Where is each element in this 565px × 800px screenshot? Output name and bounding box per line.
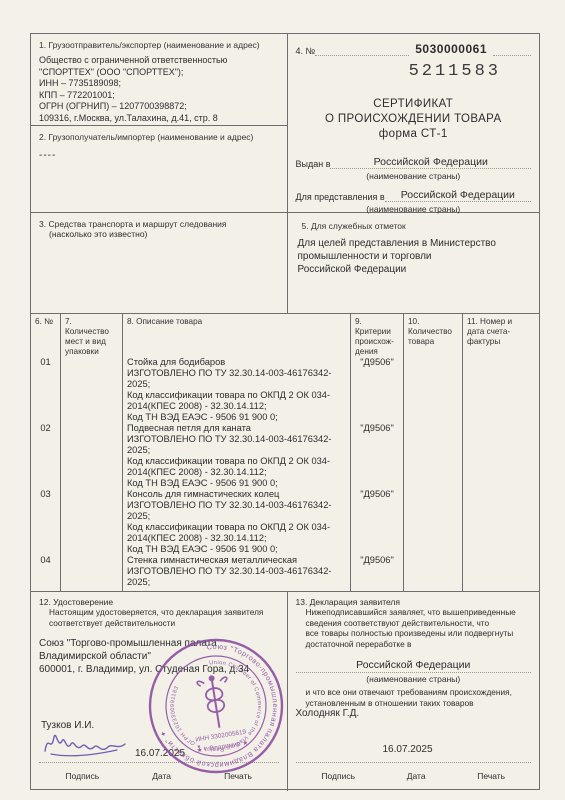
- table-row-quantity: [404, 486, 463, 552]
- declaration-country: Российской Федерации: [296, 659, 532, 673]
- official-marks-label: 5. Для служебных отметок: [302, 221, 530, 231]
- issued-label: Выдан в: [296, 159, 331, 169]
- declaration-date: 16.07.2025: [383, 744, 433, 755]
- table-row-number: 01: [31, 354, 61, 420]
- transport-hint: (насколько это известно): [49, 229, 279, 239]
- presented-in-row: Для представления в Российской Федерации: [296, 189, 532, 202]
- section-exporter: 1. Грузоотправитель/экспортер (наименова…: [31, 34, 287, 126]
- declarant-name: Холодняк Г.Д.: [296, 708, 360, 719]
- certificate-number-row: 4. № 5030000061: [296, 42, 532, 56]
- declaration-label: 13. Декларация заявителя: [296, 597, 532, 607]
- table-row-number: 04: [31, 552, 61, 591]
- transport-label: 3. Средства транспорта и маршрут следова…: [39, 219, 279, 229]
- col-header-quantity: 10. Количество товара: [404, 314, 463, 354]
- table-row-criteria: "Д9506": [351, 354, 404, 420]
- table-row-description: Подвесная петля для каната ИЗГОТОВЛЕНО П…: [123, 420, 351, 486]
- table-row-invoice: [463, 420, 539, 486]
- certificate-serial: 5211583: [296, 62, 532, 81]
- table-row-description: Консоль для гимнастических колец ИЗГОТОВ…: [123, 486, 351, 552]
- table-row-packaging: [61, 420, 123, 486]
- col-header-invoice: 11. Номер и дата счета- фактуры: [463, 314, 539, 354]
- table-row-packaging: [61, 486, 123, 552]
- issued-country: Российской Федерации: [330, 156, 531, 169]
- table-row-invoice: [463, 354, 539, 420]
- table-row-description: Стойка для бодибаров ИЗГОТОВЛЕНО ПО ТУ 3…: [123, 354, 351, 420]
- stamp-caption: Печать: [224, 771, 252, 781]
- top-left-column: 1. Грузоотправитель/экспортер (наименова…: [31, 34, 288, 313]
- col-header-packages: 7. Количество мест и вид упаковки: [61, 314, 123, 354]
- table-row-number: 02: [31, 420, 61, 486]
- number-label: 4. №: [296, 46, 316, 56]
- date-caption: Дата: [152, 771, 171, 781]
- certification-text: Настоящим удостоверяется, что декларация…: [49, 607, 279, 628]
- top-right-column: 4. № 5030000061 5211583 СЕРТИФИКАТ О ПРО…: [288, 34, 540, 313]
- handwritten-signature: [39, 727, 131, 757]
- table-row-criteria: "Д9506": [351, 552, 404, 591]
- col-header-description: 8. Описание товара: [123, 314, 351, 354]
- goods-table: 6. № 7. Количество мест и вид упаковки 8…: [31, 313, 539, 591]
- section-certificate-number: 4. № 5030000061 5211583 СЕРТИФИКАТ О ПРО…: [288, 34, 540, 213]
- table-row-packaging: [61, 552, 123, 591]
- date-caption: Дата: [407, 771, 426, 781]
- section-consignee: 2. Грузополучатель/импортер (наименовани…: [31, 126, 287, 213]
- signature-caption: Подпись: [321, 771, 355, 781]
- top-block: 1. Грузоотправитель/экспортер (наименова…: [31, 34, 539, 313]
- signature-caption: Подпись: [66, 771, 100, 781]
- section-official-marks: 5. Для служебных отметок Для целей предс…: [288, 213, 540, 313]
- presented-country: Российской Федерации: [385, 189, 531, 202]
- section-declaration: 13. Декларация заявителя Нижеподписавший…: [288, 592, 540, 791]
- table-row-quantity: [404, 552, 463, 591]
- issued-in-row: Выдан в Российской Федерации: [296, 156, 532, 169]
- section-transport: 3. Средства транспорта и маршрут следова…: [31, 213, 287, 313]
- bottom-block: 12. Удостоверение Настоящим удостоверяет…: [31, 591, 539, 791]
- issued-hint: (наименование страны): [296, 171, 532, 181]
- signature-rule: [296, 762, 532, 763]
- consignee-label: 2. Грузополучатель/импортер (наименовани…: [39, 132, 279, 142]
- consignee-value: ----: [39, 150, 279, 161]
- certificate-frame: 1. Грузоотправитель/экспортер (наименова…: [30, 33, 540, 790]
- col-header-number: 6. №: [31, 314, 61, 354]
- signature-rule: [39, 762, 279, 763]
- exporter-value: Общество с ограниченной ответственностью…: [39, 55, 279, 124]
- signature-labels: Подпись Дата Печать: [39, 771, 279, 781]
- chamber-name-address: Союз "Торгово-промышленная палата Владим…: [39, 637, 279, 676]
- declaration-text: Нижеподписавшийся заявляет, что вышеприв…: [306, 607, 532, 649]
- col-header-criteria: 9. Критерии происхож- дения: [351, 314, 404, 354]
- declaration-text-2: и что все они отвечают требованиям проис…: [306, 687, 532, 708]
- dotted-leader: [315, 46, 409, 56]
- declaration-country-hint: (наименование страны): [296, 674, 532, 684]
- presented-label: Для представления в: [296, 192, 385, 202]
- exporter-label: 1. Грузоотправитель/экспортер (наименова…: [39, 40, 279, 50]
- table-row-invoice: [463, 552, 539, 591]
- table-row-description: Стенка гимнастическая металлическая ИЗГО…: [123, 552, 351, 591]
- table-row-number: 03: [31, 486, 61, 552]
- signature-labels: Подпись Дата Печать: [296, 771, 532, 781]
- official-marks-text: Для целей представления в Министерство п…: [298, 237, 530, 276]
- stamp-caption: Печать: [477, 771, 505, 781]
- dotted-leader: [493, 46, 531, 56]
- table-row-quantity: [404, 354, 463, 420]
- certification-label: 12. Удостоверение: [39, 597, 279, 607]
- table-row-invoice: [463, 486, 539, 552]
- certificate-number: 5030000061: [409, 42, 493, 56]
- table-row-packaging: [61, 354, 123, 420]
- section-certification: 12. Удостоверение Настоящим удостоверяет…: [31, 592, 288, 791]
- table-row-quantity: [404, 420, 463, 486]
- certification-date: 16.07.2025: [135, 748, 185, 759]
- certificate-page: { "colors": { "paper": "#f3f0e8", "ink":…: [0, 0, 565, 800]
- certificate-title: СЕРТИФИКАТ О ПРОИСХОЖДЕНИИ ТОВАРА форма …: [296, 97, 532, 142]
- table-row-criteria: "Д9506": [351, 420, 404, 486]
- table-row-criteria: "Д9506": [351, 486, 404, 552]
